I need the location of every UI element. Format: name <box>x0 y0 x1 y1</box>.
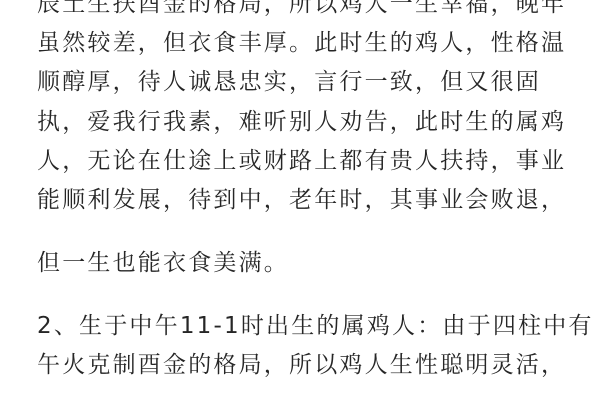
paragraph-1-line-6: 能顺利发展，待到中，老年时，其事业会败退， <box>37 185 566 215</box>
paragraph-1-line-7: 但一生也能衣食美满。 <box>37 248 289 278</box>
paragraph-1-line-3: 顺醇厚，待人诚恳忠实，言行一致，但又很固 <box>37 67 541 97</box>
paragraph-2-line-1: 2、生于中午11-1时出生的属鸡人：由于四柱中有 <box>37 311 594 341</box>
paragraph-1-line-4: 执，爱我行我素，难听别人劝告，此时生的属鸡 <box>37 107 566 137</box>
paragraph-1-line-2: 虽然较差，但衣食丰厚。此时生的鸡人，性格温 <box>37 28 566 58</box>
paragraph-1-line-5: 人，无论在仕途上或财路上都有贵人扶持，事业 <box>37 146 566 176</box>
paragraph-1-line-1: 辰土生扶酉金的格局，所以鸡人一生幸福，晚年 <box>37 0 566 19</box>
paragraph-2-line-2: 午火克制酉金的格局，所以鸡人生性聪明灵活， <box>37 350 566 380</box>
